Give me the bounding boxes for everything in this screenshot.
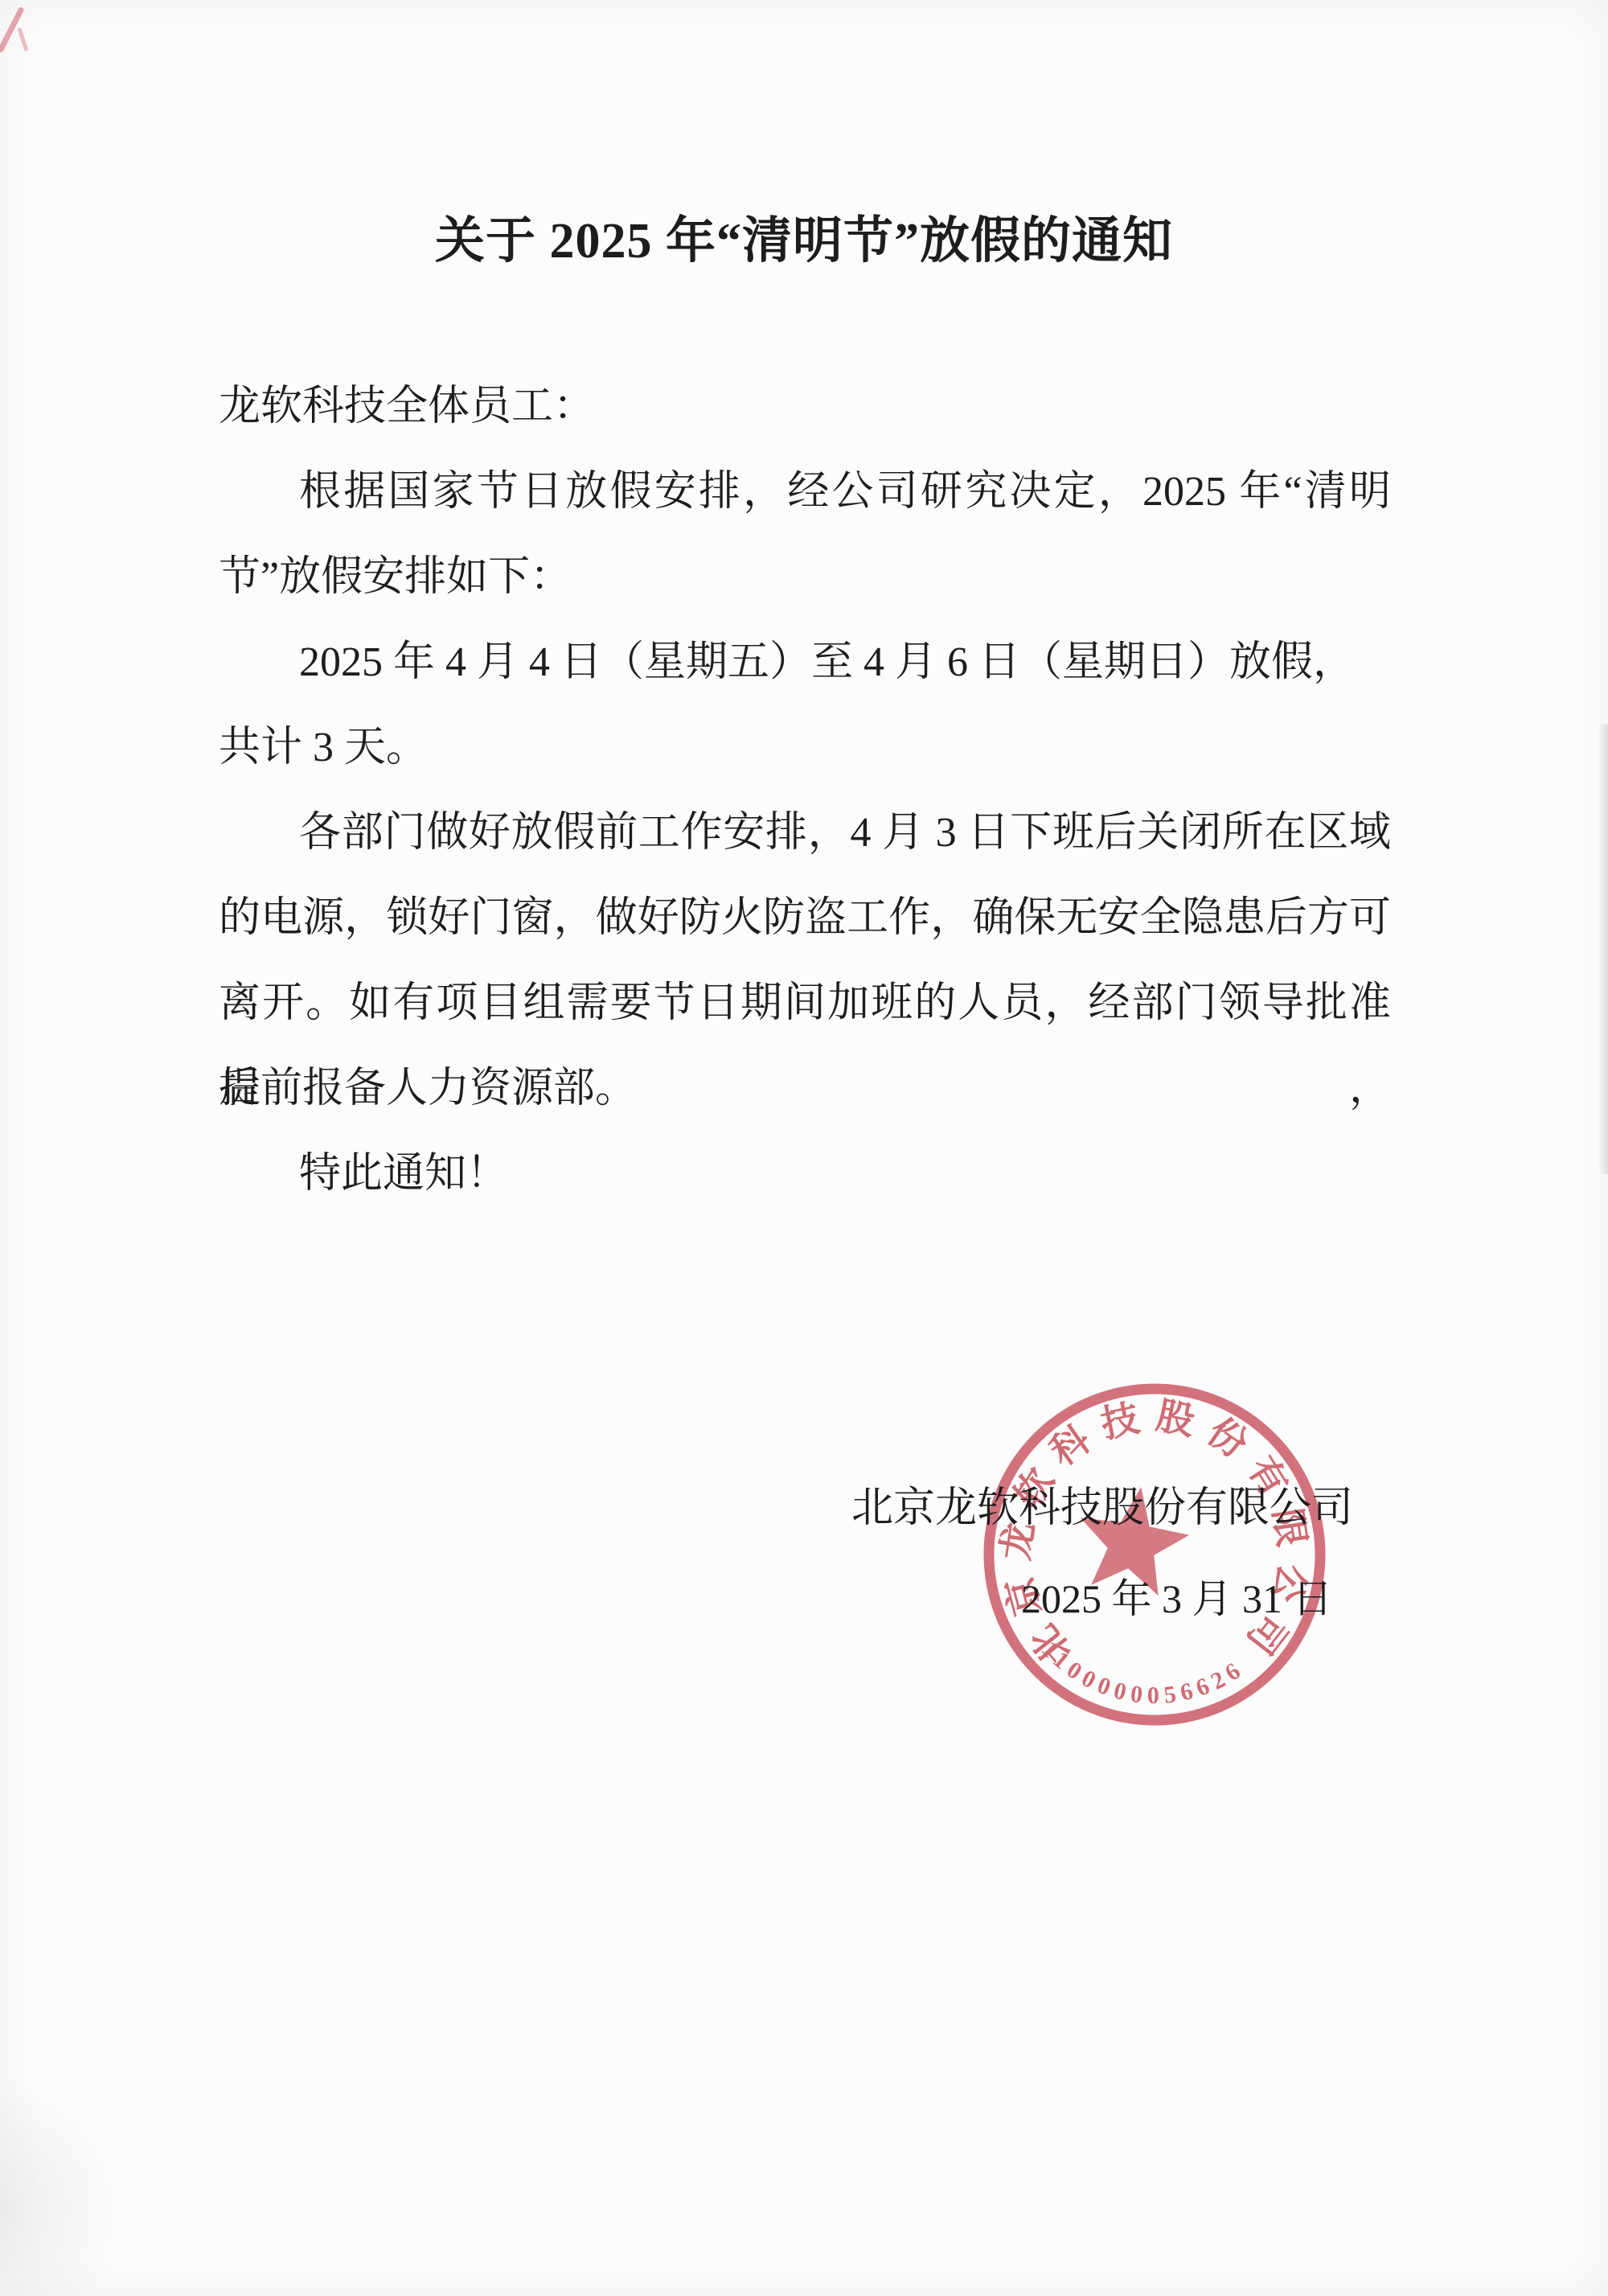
- document-title: 关于 2025 年“清明节”放假的通知: [0, 212, 1608, 270]
- document-body: 龙软科技全体员工： 根据国家节日放假安排，经公司研究决定，2025 年“清明 节…: [219, 364, 1391, 1217]
- scan-artifact-right-streak: [1598, 724, 1608, 1174]
- company-seal: 北京龙软科技股份有限公司 1100000056626: [966, 1366, 1343, 1744]
- scan-artifact-bottom-smudge: [0, 2075, 129, 2296]
- signature-date: 2025 年 3 月 31 日: [1021, 1576, 1333, 1621]
- signature-company: 北京龙软科技股份有限公司: [851, 1485, 1353, 1532]
- body-line: 共计 3 天。: [219, 705, 1391, 791]
- body-line: 各部门做好放假前工作安排，4 月 3 日下班后关闭所在区域: [219, 791, 1391, 876]
- notice-document-page: 关于 2025 年“清明节”放假的通知 龙软科技全体员工： 根据国家节日放假安排…: [0, 0, 1608, 2296]
- body-line-salutation: 龙软科技全体员工：: [219, 364, 1391, 450]
- body-line-closing: 特此通知！: [219, 1132, 1391, 1217]
- scan-artifact-red-mark-small: [17, 27, 28, 51]
- body-line: 根据国家节日放假安排，经公司研究决定，2025 年“清明: [219, 450, 1391, 535]
- body-line: 2025 年 4 月 4 日（星期五）至 4 月 6 日（星期日）放假，: [219, 620, 1391, 705]
- body-line: 的电源，锁好门窗，做好防火防盗工作，确保无安全隐患后方可: [219, 876, 1391, 961]
- body-line: 节”放假安排如下：: [219, 535, 1391, 620]
- body-line: 离开。如有项目组需要节日期间加班的人员，经部门领导批准后，: [219, 961, 1391, 1046]
